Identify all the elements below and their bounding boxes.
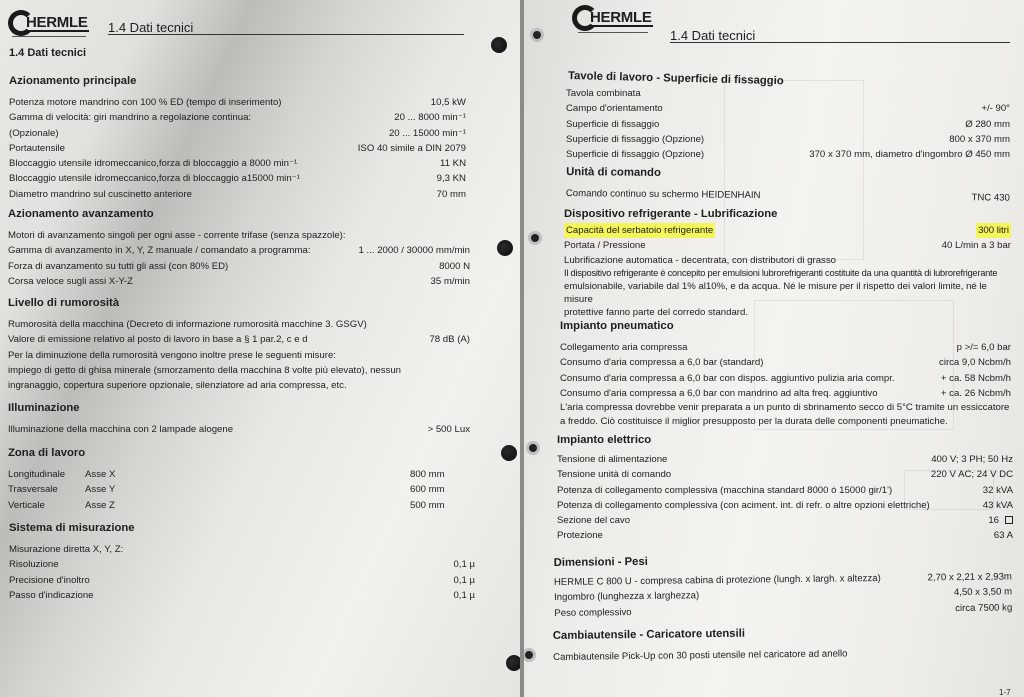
spec-label: Illuminazione della macchina con 2 lampa… xyxy=(8,422,233,437)
spec-value: 32 kVA xyxy=(983,483,1013,498)
spec-value: 370 x 370 mm, diametro d'ingombro Ø 450 … xyxy=(809,147,1010,162)
spec-row: Illuminazione della macchina con 2 lampa… xyxy=(8,422,470,437)
pneumatic-note: L'aria compressa dovrebbe venir preparat… xyxy=(560,401,1011,415)
logo-ring-icon xyxy=(8,10,34,36)
binder-ring xyxy=(524,648,536,662)
noise-line: ingranaggio, copertura superiore opziona… xyxy=(8,378,470,393)
section-title: Unità di comando xyxy=(566,166,1010,183)
spec-label: Forza di avanzamento su tutti gli assi (… xyxy=(8,259,228,274)
spec-value: 35 m/min xyxy=(431,274,470,289)
spec-row: Tensione unità di comando220 V AC; 24 V … xyxy=(557,467,1013,482)
spec-row: Risoluzione0,1 µ xyxy=(9,557,475,572)
spec-value: p >/= 6,0 bar xyxy=(957,340,1011,355)
sub-title: 1.4 Dati tecnici xyxy=(9,47,86,59)
work-zone-value: 800 mm xyxy=(410,467,445,482)
spec-label: Superficie di fissaggio (Opzione) xyxy=(566,147,704,162)
coolant-note: Il dispositivo refrigerante è concepito … xyxy=(564,267,1011,280)
spec-value: 43 kVA xyxy=(983,498,1013,513)
spec-row: Superficie di fissaggio (Opzione)800 x 3… xyxy=(566,132,1010,147)
work-zone-axis: Asse Z xyxy=(85,498,410,513)
section-title: Azionamento avanzamento xyxy=(8,208,470,220)
hermle-logo: HERMLE xyxy=(8,10,89,36)
spec-value: 2,70 x 2,21 x 2,93m xyxy=(928,569,1012,585)
header-rule xyxy=(108,34,464,35)
spec-row: (Opzionale)20 ... 15000 min⁻¹ xyxy=(9,126,466,141)
measuring-intro: Misurazione diretta X, Y, Z: xyxy=(9,542,475,557)
logo-text: HERMLE xyxy=(589,10,653,27)
spec-value: 300 litri xyxy=(976,223,1011,238)
spec-value: + ca. 26 Ncbm/h xyxy=(941,386,1011,401)
spec-value: 70 mm xyxy=(437,187,466,202)
spec-label: Gamma di avanzamento in X, Y, Z manuale … xyxy=(8,243,311,258)
spec-label: Tavola combinata xyxy=(566,86,641,101)
coolant-note: protettive fanno parte del corredo stand… xyxy=(564,306,1011,319)
section-title: Impianto elettrico xyxy=(557,434,1013,446)
spec-value: 16 xyxy=(988,513,1013,528)
spec-row: Comando continuo su schermo HEIDENHAIN T… xyxy=(566,186,1010,206)
spec-value: 9,3 KN xyxy=(437,171,466,186)
binder-hole xyxy=(497,240,513,256)
section-dimensions: Dimensioni - Pesi HERMLE C 800 U - compr… xyxy=(554,551,1013,620)
section-title: Illuminazione xyxy=(8,402,470,414)
work-zone-row: LongitudinaleAsse X800 mm xyxy=(8,467,470,482)
spec-value: circa 7500 kg xyxy=(955,600,1012,616)
coolant-note: emulsionabile, variabile dal 1% al10%, e… xyxy=(564,280,1011,306)
spec-value: 0,1 µ xyxy=(453,573,475,588)
right-page: HERMLE 1.4 Dati tecnici Tavole di lavoro… xyxy=(524,0,1024,697)
work-zone-row: VerticaleAsse Z500 mm xyxy=(8,498,470,513)
spec-label: Protezione xyxy=(557,528,603,543)
spec-value: 0,1 µ xyxy=(453,557,475,572)
section-title: Azionamento principale xyxy=(9,75,466,87)
pneumatic-note: a freddo. Ciò costituisce il miglior pre… xyxy=(560,415,1011,429)
spec-row: Protezione63 A xyxy=(557,528,1013,543)
section-pneumatic: Impianto pneumatico Collegamento aria co… xyxy=(560,320,1011,428)
spec-row: Corsa veloce sugli assi X-Y-Z35 m/min xyxy=(8,274,470,289)
binder-ring xyxy=(526,441,540,455)
binder-ring xyxy=(530,28,544,42)
spec-label: Capacità del serbatoio refrigerante xyxy=(564,223,715,238)
section-control: Unità di comando Comando continuo su sch… xyxy=(566,166,1010,206)
spec-value: Ø 280 mm xyxy=(965,117,1010,132)
spec-row: Collegamento aria compressap >/= 6,0 bar xyxy=(560,340,1011,355)
spec-value: 800 x 370 mm xyxy=(949,132,1010,147)
spec-row: Potenza di collegamento complessiva (mac… xyxy=(557,483,1013,498)
spec-label: Campo d'orientamento xyxy=(566,101,663,116)
work-zone-axis: Asse X xyxy=(85,467,410,482)
binder-ring xyxy=(528,231,542,245)
spec-row: Forza di avanzamento su tutti gli assi (… xyxy=(8,259,470,274)
spec-value: TNC 430 xyxy=(971,190,1010,206)
lubrication-line: Lubrificazione automatica - decentrata, … xyxy=(564,254,1011,267)
section-lighting: Illuminazione Illuminazione della macchi… xyxy=(8,402,470,437)
work-zone-label: Verticale xyxy=(8,498,85,513)
spec-row: Valore di emissione relativo al posto di… xyxy=(8,332,470,347)
spec-value: 11 KN xyxy=(440,156,466,171)
spec-row: Potenza motore mandrino con 100 % ED (te… xyxy=(9,95,466,110)
spec-label: (Opzionale) xyxy=(9,126,59,141)
spec-value: 400 V; 3 PH; 50 Hz xyxy=(931,452,1013,467)
spec-row: Bloccaggio utensile idromeccanico,forza … xyxy=(9,156,466,171)
spec-label: Bloccaggio utensile idromeccanico,forza … xyxy=(9,156,297,171)
spec-label: Collegamento aria compressa xyxy=(560,340,687,355)
spec-label: Superficie di fissaggio (Opzione) xyxy=(566,132,704,147)
section-title: Zona di lavoro xyxy=(8,447,470,459)
spec-label: Potenza di collegamento complessiva (mac… xyxy=(557,483,892,498)
spec-row: Consumo d'aria compressa a 6,0 bar (stan… xyxy=(560,355,1011,370)
spec-value: 40 L/min a 3 bar xyxy=(942,238,1011,253)
section-title: Sistema di misurazione xyxy=(9,522,475,534)
spec-value: 63 A xyxy=(994,528,1013,543)
spec-label: Precisione d'inoltro xyxy=(9,573,90,588)
logo-text: HERMLE xyxy=(25,15,89,32)
section-work-zone: Zona di lavoro LongitudinaleAsse X800 mm… xyxy=(8,447,470,513)
spec-label: Potenza di collegamento complessiva (con… xyxy=(557,498,930,513)
spec-label: Diametro mandrino sul cuscinetto anterio… xyxy=(9,187,192,202)
section-title: Dimensioni - Pesi xyxy=(554,551,1012,569)
spec-value: +/- 90° xyxy=(981,101,1010,116)
spec-row: Diametro mandrino sul cuscinetto anterio… xyxy=(9,187,466,202)
section-feed-drive: Azionamento avanzamento Motori di avanza… xyxy=(8,208,470,289)
work-zone-axis: Asse Y xyxy=(85,482,410,497)
spec-row: Gamma di velocità: giri mandrino a regol… xyxy=(9,110,466,125)
spec-label: Consumo d'aria compressa a 6,0 bar con m… xyxy=(560,386,878,401)
toolchanger-line: Cambiautensile Pick-Up con 30 posti uten… xyxy=(553,644,1011,665)
spec-label: Comando continuo su schermo HEIDENHAIN xyxy=(566,186,761,203)
section-title: Cambiautensile - Caricatore utensili xyxy=(553,624,1011,642)
spec-value: 220 V AC; 24 V DC xyxy=(931,467,1013,482)
spec-row: Portata / Pressione40 L/min a 3 bar xyxy=(564,238,1011,253)
spec-row: Superficie di fissaggioØ 280 mm xyxy=(566,117,1010,132)
spec-row: Consumo d'aria compressa a 6,0 bar con m… xyxy=(560,386,1011,401)
work-zone-value: 500 mm xyxy=(410,498,445,513)
section-main-drive: Azionamento principale Potenza motore ma… xyxy=(9,75,466,202)
header-title: 1.4 Dati tecnici xyxy=(108,20,193,35)
spec-label: Tensione unità di comando xyxy=(557,467,671,482)
spec-value: 8000 N xyxy=(439,259,470,274)
spec-label: Consumo d'aria compressa a 6,0 bar (stan… xyxy=(560,355,763,370)
spec-row: Campo d'orientamento+/- 90° xyxy=(566,101,1010,116)
spec-label: Valore di emissione relativo al posto di… xyxy=(8,332,308,347)
page-number: 1-7 xyxy=(999,688,1011,697)
work-zone-row: TrasversaleAsse Y600 mm xyxy=(8,482,470,497)
spec-value: ISO 40 simile a DIN 2079 xyxy=(358,141,466,156)
header-title: 1.4 Dati tecnici xyxy=(670,28,755,43)
spec-label: Superficie di fissaggio xyxy=(566,117,659,132)
spec-label: Portautensile xyxy=(9,141,65,156)
spec-row: Potenza di collegamento complessiva (con… xyxy=(557,498,1013,513)
work-zone-label: Longitudinale xyxy=(8,467,85,482)
spec-label: Sezione del cavo xyxy=(557,513,630,528)
spec-row: Capacità del serbatoio refrigerante300 l… xyxy=(564,223,1011,238)
spec-row: Gamma di avanzamento in X, Y, Z manuale … xyxy=(8,243,470,258)
spec-label: Peso complessivo xyxy=(554,605,632,621)
spec-label: Ingombro (lunghezza x larghezza) xyxy=(554,589,699,606)
spec-label: Bloccaggio utensile idromeccanico,forza … xyxy=(9,171,300,186)
binder-hole xyxy=(501,445,517,461)
spec-label: Tensione di alimentazione xyxy=(557,452,667,467)
spec-row: Passo d'indicazione0,1 µ xyxy=(9,588,475,603)
hermle-logo: HERMLE xyxy=(572,5,653,31)
spec-value: circa 9,0 Ncbm/h xyxy=(939,355,1011,370)
spec-row: Tensione di alimentazione400 V; 3 PH; 50… xyxy=(557,452,1013,467)
spec-value: + ca. 58 Ncbm/h xyxy=(941,371,1011,386)
spec-label: Corsa veloce sugli assi X-Y-Z xyxy=(8,274,133,289)
spec-label: Risoluzione xyxy=(9,557,59,572)
spec-label: Portata / Pressione xyxy=(564,238,646,253)
binder-hole xyxy=(491,37,507,53)
spec-row: Consumo d'aria compressa a 6,0 bar con d… xyxy=(560,371,1011,386)
spec-row: Sezione del cavo16 xyxy=(557,513,1013,528)
header-rule xyxy=(670,42,1010,43)
section-toolchanger: Cambiautensile - Caricatore utensili Cam… xyxy=(553,624,1011,665)
spec-value: > 500 Lux xyxy=(428,422,470,437)
spec-label: Gamma di velocità: giri mandrino a regol… xyxy=(9,110,251,125)
section-coolant: Dispositivo refrigerante - Lubrificazion… xyxy=(564,208,1011,319)
section-electrical: Impianto elettrico Tensione di alimentaz… xyxy=(557,434,1013,544)
work-zone-value: 600 mm xyxy=(410,482,445,497)
binder-hole xyxy=(506,655,520,671)
section-title: Dispositivo refrigerante - Lubrificazion… xyxy=(564,208,1011,220)
work-zone-label: Trasversale xyxy=(8,482,85,497)
spec-row: Superficie di fissaggio (Opzione)370 x 3… xyxy=(566,147,1010,162)
spec-value: 20 ... 8000 min⁻¹ xyxy=(394,110,466,125)
noise-line: Per la diminuzione della rumorosità veng… xyxy=(8,348,470,363)
spec-value: 1 ... 2000 / 30000 mm/min xyxy=(359,243,470,258)
feed-intro: Motori di avanzamento singoli per ogni a… xyxy=(8,228,470,243)
spec-value: 78 dB (A) xyxy=(429,332,470,347)
noise-line: impiego di getto di ghisa minerale (smor… xyxy=(8,363,470,378)
logo-ring-icon xyxy=(572,5,598,31)
spec-label: Potenza motore mandrino con 100 % ED (te… xyxy=(9,95,282,110)
spec-label: Consumo d'aria compressa a 6,0 bar con d… xyxy=(560,371,895,386)
spec-row: Precisione d'inoltro0,1 µ xyxy=(9,573,475,588)
section-measuring: Sistema di misurazione Misurazione diret… xyxy=(9,522,475,603)
spec-value: 10,5 kW xyxy=(431,95,466,110)
spec-row: Bloccaggio utensile idromeccanico,forza … xyxy=(9,171,466,186)
spec-row: PortautensileISO 40 simile a DIN 2079 xyxy=(9,141,466,156)
noise-line: Rumorosità della macchina (Decreto di in… xyxy=(8,317,470,332)
spec-label: Passo d'indicazione xyxy=(9,588,94,603)
spec-value: 4,50 x 3,50 m xyxy=(954,585,1012,601)
logo-underline xyxy=(12,36,86,37)
square-mm-icon xyxy=(1005,516,1013,524)
left-page: HERMLE 1.4 Dati tecnici 1.4 Dati tecnici… xyxy=(0,0,520,697)
section-noise: Livello di rumorosità Rumorosità della m… xyxy=(8,297,470,393)
spec-value: 0,1 µ xyxy=(453,588,475,603)
logo-underline xyxy=(578,32,648,33)
section-title: Impianto pneumatico xyxy=(560,320,1011,332)
section-title: Livello di rumorosità xyxy=(8,297,470,309)
spec-value: 20 ... 15000 min⁻¹ xyxy=(389,126,466,141)
spec-row: Tavola combinata xyxy=(566,86,1010,101)
section-tables-rows: Tavola combinataCampo d'orientamento+/- … xyxy=(566,86,1010,162)
